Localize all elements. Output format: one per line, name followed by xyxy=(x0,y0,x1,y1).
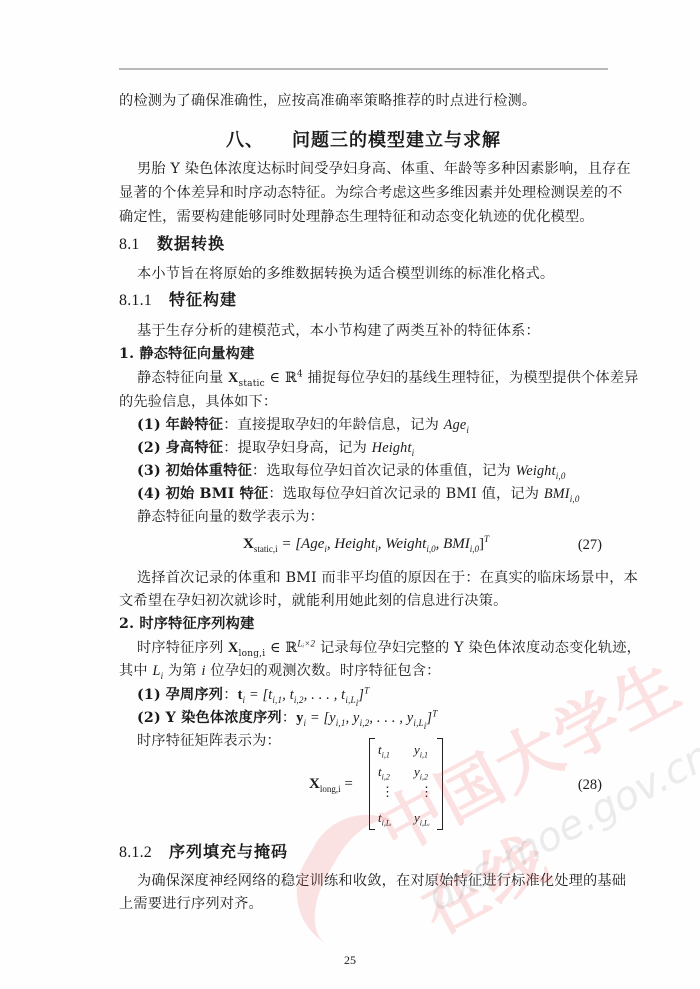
item-label: 初始 BMI 特征 xyxy=(166,486,269,502)
math-var: Age xyxy=(444,417,467,433)
sequence-math-intro: 时序特征矩阵表示为： xyxy=(137,732,281,750)
chapter-title: 问题三的模型建立与求解 xyxy=(292,130,501,151)
equation-28-matrix: ti,1 yi,1 ti,2 yi,2 ⋮ ⋮ ti,Lᵢ yi,Lᵢ xyxy=(369,738,443,830)
intro-line-1: 男胎 Y 染色体浓度达标时间受孕妇身高、体重、年龄等多种因素影响，且存在 xyxy=(137,160,631,178)
sequence-item-1: (1) 孕周序列：ti = [ti,1, ti,2, . . . , ti,Li… xyxy=(137,686,369,704)
section-8-1-1-text: 基于生存分析的建模范式，本小节构建了两类互补的特征体系： xyxy=(137,322,540,340)
text: 位孕妇的观测次数。时序特征包含： xyxy=(206,663,441,679)
math-expr: , BMI xyxy=(436,536,470,552)
text: 时序特征序列 xyxy=(137,640,228,656)
static-item-3: (3) 初始体重特征：选取每位孕妇首次记录的体重值，记为 Weighti,0 xyxy=(137,462,566,480)
matrix-cell: yi,Lᵢ xyxy=(414,810,430,826)
equation-number-28: (28) xyxy=(578,777,602,794)
matrix-cell: ti,2 xyxy=(378,764,390,780)
page-number: 25 xyxy=(0,953,700,968)
sequence-desc-line-2: 其中 Li 为第 i 位孕妇的观测次数。时序特征包含： xyxy=(119,662,441,680)
equation-number-27: (27) xyxy=(578,537,602,554)
math-symbol: X xyxy=(309,776,320,792)
math-vector: y xyxy=(296,710,303,726)
item-text: ： xyxy=(282,710,296,726)
item-number: (1) xyxy=(137,417,161,433)
equation-28-lhs: Xlong,i = xyxy=(309,776,353,793)
math-expr: = [yi,1, yi,2, . . . , yi,Li]T xyxy=(306,710,437,726)
math-symbol: X xyxy=(243,536,254,552)
paragraph-continuation: 的检测为了确保准确性，应按高准确率策略推荐的时点进行检测。 xyxy=(119,92,536,110)
sequence-item-2: (2) Y 染色体浓度序列：yi = [yi,1, yi,2, . . . , … xyxy=(137,709,437,727)
section-8-1-heading: 8.1数据转换 xyxy=(119,235,225,254)
static-item-1: (1) 年龄特征：直接提取孕妇的年龄信息，记为 Agei xyxy=(137,416,469,434)
math-var: BMI xyxy=(544,486,570,502)
section-number: 8.1.2 xyxy=(119,844,169,862)
text: 其中 xyxy=(119,663,153,679)
matrix-cell: ti,Lᵢ xyxy=(378,810,392,826)
section-8-1-text: 本小节旨在将原始的多维数据转换为适合模型训练的标准化格式。 xyxy=(137,265,554,283)
static-item-4: (4) 初始 BMI 特征：选取每位孕妇首次记录的 BMI 值，记为 BMIi,… xyxy=(137,485,580,503)
math-subscript: i,0 xyxy=(570,494,580,504)
math-expr: , Weight xyxy=(378,536,427,552)
math-symbol: X xyxy=(228,640,238,656)
subheading-static: 1. 静态特征向量构建 xyxy=(119,345,254,363)
chapter-heading: 八、问题三的模型建立与求解 xyxy=(119,126,608,152)
section-8-1-1-heading: 8.1.1特征构建 xyxy=(119,291,237,310)
static-desc-line-1: 静态特征向量 Xstatic ∈ ℝ4 捕捉每位孕妇的基线生理特征，为模型提供个… xyxy=(137,369,639,387)
chapter-number: 八、 xyxy=(226,130,264,151)
math-relation: ∈ ℝ xyxy=(265,640,297,656)
text: 静态特征向量 xyxy=(137,370,228,386)
item-number: (2) xyxy=(137,440,161,456)
text: 为第 xyxy=(163,663,201,679)
reason-line-2: 文希望在孕妇初次就诊时，就能利用她此刻的信息进行决策。 xyxy=(119,592,507,610)
math-expr: = [ti,1, ti,2, . . . , ti,Li]T xyxy=(245,687,369,703)
math-subscript: static,i xyxy=(254,544,278,554)
reason-line-1: 选择首次记录的体重和 BMI 而非平均值的原因在于：在真实的临床场景中，本 xyxy=(137,569,638,587)
math-subscript: i,0 xyxy=(426,544,435,554)
item-text: ：直接提取孕妇的年龄信息，记为 xyxy=(223,417,444,433)
section-8-1-2-line-1: 为确保深度神经网络的稳定训练和收敛，在对原始特征进行标准化处理的基础 xyxy=(137,872,626,890)
math-subscript: long,i xyxy=(320,784,341,794)
matrix-cell: yi,1 xyxy=(414,742,428,758)
item-number: (2) xyxy=(137,710,161,726)
math-subscript: long,i xyxy=(239,649,266,659)
math-superscript: T xyxy=(484,534,489,544)
math-relation: ∈ ℝ xyxy=(265,370,297,386)
math-var: L xyxy=(153,663,161,679)
math-var: Height xyxy=(372,440,412,456)
section-number: 8.1.1 xyxy=(119,292,169,310)
item-label: 孕周序列 xyxy=(166,687,224,703)
item-text: ：选取每位孕妇首次记录的 BMI 值，记为 xyxy=(268,486,544,502)
item-number: (3) xyxy=(137,463,161,479)
watermark-url: dxs.moe.gov.cn xyxy=(420,733,700,921)
matrix-cell: yi,2 xyxy=(414,764,428,780)
math-subscript: i,0 xyxy=(470,544,479,554)
static-item-2: (2) 身高特征：提取孕妇身高，记为 Heighti xyxy=(137,439,414,457)
item-label: 身高特征 xyxy=(166,440,224,456)
section-8-1-2-line-2: 上需要进行序列对齐。 xyxy=(119,895,263,913)
math-subscript: i xyxy=(466,425,469,435)
math-expr: = [Age xyxy=(278,536,325,552)
item-number: (4) xyxy=(137,486,161,502)
math-subscript: i,0 xyxy=(556,471,566,481)
matrix-cell: ⋮ xyxy=(381,784,394,800)
section-title: 特征构建 xyxy=(169,290,237,309)
static-desc-line-2: 的先验信息，具体如下： xyxy=(119,393,277,411)
item-text: ：提取孕妇身高，记为 xyxy=(223,440,372,456)
item-text: ：选取每位孕妇首次记录的体重值，记为 xyxy=(252,463,516,479)
text: 记录每位孕妇完整的 Y 染色体浓度动态变化轨迹， xyxy=(315,640,641,656)
item-label: 初始体重特征 xyxy=(166,463,252,479)
sequence-desc-line-1: 时序特征序列 Xlong,i ∈ ℝLᵢ×2 记录每位孕妇完整的 Y 染色体浓度… xyxy=(137,639,641,657)
text: 捕捉每位孕妇的基线生理特征，为模型提供个体差异 xyxy=(303,370,639,386)
matrix-cell: ti,1 xyxy=(378,742,390,758)
item-number: (1) xyxy=(137,687,161,703)
item-label: 年龄特征 xyxy=(166,417,224,433)
math-symbol: X xyxy=(228,370,238,386)
matrix-cell: ⋮ xyxy=(420,784,433,800)
math-subscript: static xyxy=(239,379,265,389)
static-math-intro: 静态特征向量的数学表示为： xyxy=(137,508,324,526)
math-subscript: i xyxy=(412,448,415,458)
subheading-sequence: 2. 时序特征序列构建 xyxy=(119,615,254,633)
math-relation: = xyxy=(344,776,352,792)
math-superscript: Lᵢ×2 xyxy=(297,638,315,648)
header-rule xyxy=(119,68,608,70)
section-title: 序列填充与掩码 xyxy=(169,842,288,861)
section-title: 数据转换 xyxy=(157,234,225,253)
item-text: ： xyxy=(223,687,237,703)
intro-line-2: 显著的个体差异和时序动态特征。为综合考虑这些多维因素并处理检测误差的不 xyxy=(119,184,623,202)
section-number: 8.1 xyxy=(119,236,157,254)
intro-line-3: 确定性，需要构建能够同时处理静态生理特征和动态变化轨迹的优化模型。 xyxy=(119,208,594,226)
math-expr: , Height xyxy=(327,536,375,552)
section-8-1-2-heading: 8.1.2序列填充与掩码 xyxy=(119,843,288,862)
math-var: Weight xyxy=(516,463,556,479)
item-label: Y 染色体浓度序列 xyxy=(166,710,282,726)
equation-27: Xstatic,i = [Agei, Heighti, Weighti,0, B… xyxy=(243,536,489,553)
